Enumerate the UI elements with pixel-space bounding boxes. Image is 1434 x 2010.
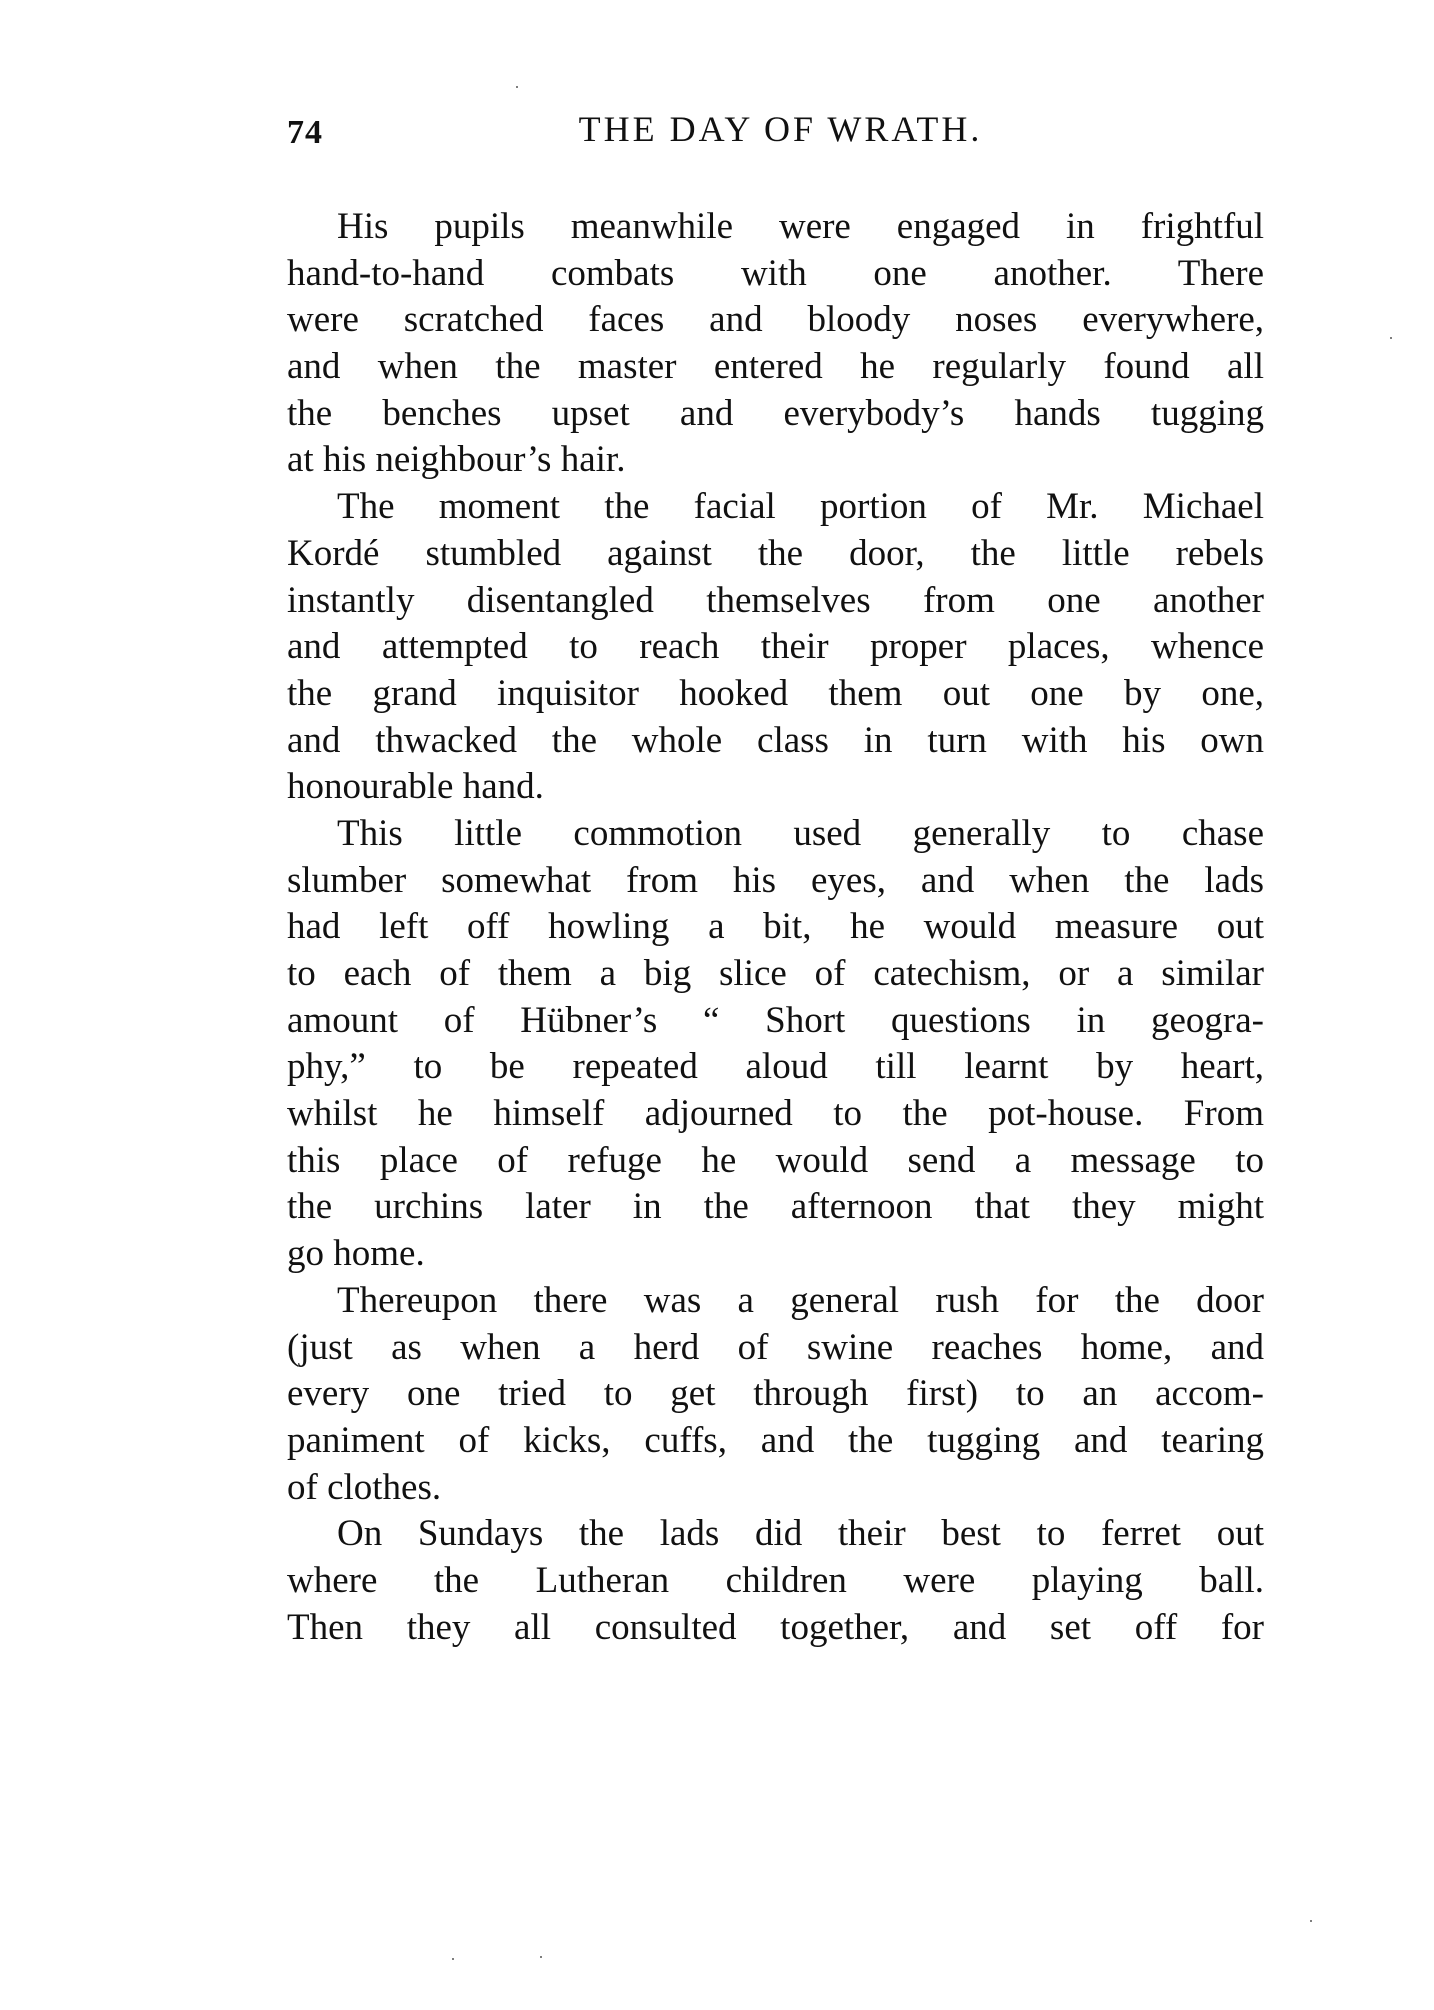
scan-speck	[540, 1956, 542, 1958]
running-title: THE DAY OF WRATH.	[287, 108, 1264, 150]
text-line: His pupils meanwhile were engaged in fri…	[287, 204, 1264, 251]
text-line: to each of them a big slice of catechism…	[287, 951, 1264, 998]
text-line: slumber somewhat from his eyes, and when…	[287, 858, 1264, 905]
text-line: This little commotion used generally to …	[287, 811, 1264, 858]
scan-speck	[452, 1958, 454, 1960]
text-line: and attempted to reach their proper plac…	[287, 624, 1264, 671]
text-line: hand-to-hand combats with one another. T…	[287, 251, 1264, 298]
text-line: The moment the facial portion of Mr. Mic…	[287, 484, 1264, 531]
text-line: honourable hand.	[287, 764, 1264, 811]
text-line: phy,” to be repeated aloud till learnt b…	[287, 1044, 1264, 1091]
text-line: were scratched faces and bloody noses ev…	[287, 297, 1264, 344]
text-line: where the Lutheran children were playing…	[287, 1558, 1264, 1605]
text-line: Then they all consulted together, and se…	[287, 1605, 1264, 1652]
text-line: paniment of kicks, cuffs, and the tuggin…	[287, 1418, 1264, 1465]
paragraph-1: His pupils meanwhile were engaged in fri…	[287, 204, 1264, 484]
text-line: go home.	[287, 1231, 1264, 1278]
text-line: at his neighbour’s hair.	[287, 437, 1264, 484]
paragraph-3: This little commotion used generally to …	[287, 811, 1264, 1278]
paragraph-4: Thereupon there was a general rush for t…	[287, 1278, 1264, 1511]
body-text: His pupils meanwhile were engaged in fri…	[287, 204, 1264, 1651]
text-line: and when the master entered he regularly…	[287, 344, 1264, 391]
text-line: instantly disentangled themselves from o…	[287, 578, 1264, 625]
text-line: and thwacked the whole class in turn wit…	[287, 718, 1264, 765]
text-line: On Sundays the lads did their best to fe…	[287, 1511, 1264, 1558]
text-line: had left off howling a bit, he would mea…	[287, 904, 1264, 951]
running-head: 74 THE DAY OF WRATH.	[287, 108, 1264, 160]
paragraph-5: On Sundays the lads did their best to fe…	[287, 1511, 1264, 1651]
text-line: the urchins later in the afternoon that …	[287, 1184, 1264, 1231]
text-line: amount of Hübner’s “ Short questions in …	[287, 998, 1264, 1045]
text-line: of clothes.	[287, 1465, 1264, 1512]
text-line: this place of refuge he would send a mes…	[287, 1138, 1264, 1185]
text-line: the benches upset and everybody’s hands …	[287, 391, 1264, 438]
text-line: the grand inquisitor hooked them out one…	[287, 671, 1264, 718]
scan-speck	[1310, 1920, 1312, 1922]
text-line: Kordé stumbled against the door, the lit…	[287, 531, 1264, 578]
scan-speck	[516, 86, 518, 88]
text-line: whilst he himself adjourned to the pot-h…	[287, 1091, 1264, 1138]
text-line: (just as when a herd of swine reaches ho…	[287, 1325, 1264, 1372]
paragraph-2: The moment the facial portion of Mr. Mic…	[287, 484, 1264, 811]
book-page: 74 THE DAY OF WRATH. His pupils meanwhil…	[0, 0, 1434, 2010]
text-line: Thereupon there was a general rush for t…	[287, 1278, 1264, 1325]
scan-speck	[1390, 337, 1392, 339]
text-line: every one tried to get through first) to…	[287, 1371, 1264, 1418]
